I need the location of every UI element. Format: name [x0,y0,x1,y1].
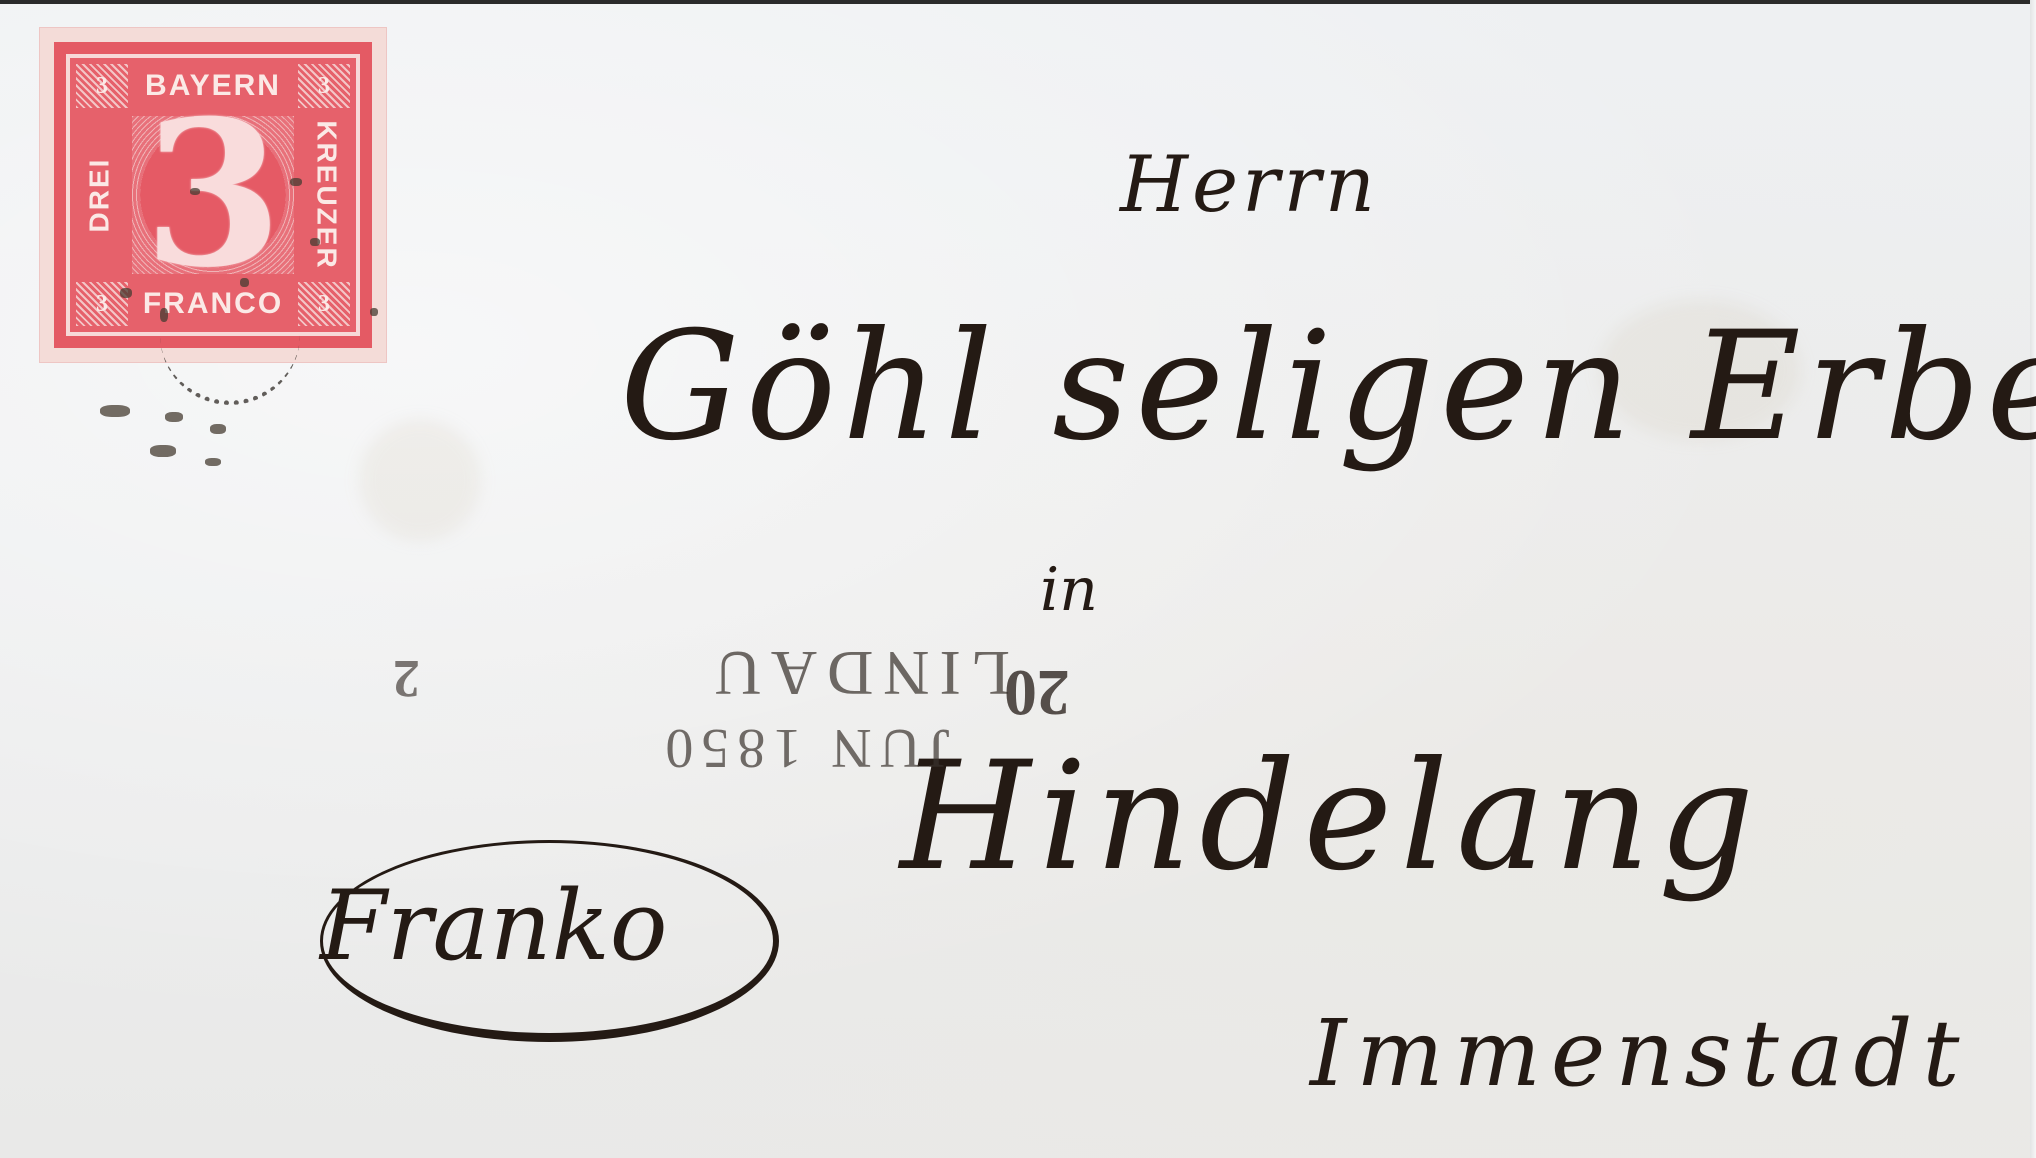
stamp-frame: 3 3 3 3 BAYERN FRANCO DREI KREUZER 3 [54,42,372,348]
postage-stamp: 3 3 3 3 BAYERN FRANCO DREI KREUZER 3 [40,28,386,362]
envelope-right-edge [2030,0,2036,1158]
franko-mark: Franko [280,830,780,1040]
postmark-day: 20 [1004,654,1070,730]
lindau-postmark: JUN 1850 LINDAU 20 2 [350,600,1070,820]
postmark-town: LINDAU [705,636,1010,710]
franko-text: Franko [320,870,668,982]
cancel-mark [370,308,378,316]
postmark-numeral: 2 [393,648,420,710]
stamp-numeral-disc: 3 [140,122,286,268]
stamp-value-word-text: DREI [83,158,115,233]
cancel-mark [210,424,226,434]
stamp-currency: KREUZER [304,118,350,272]
cancel-mark [160,308,168,322]
cancel-mark [310,238,320,246]
cancel-mark [120,288,132,298]
cancel-mark [205,458,221,466]
stamp-corner-numeral: 3 [298,282,350,326]
stamp-corner-numeral: 3 [298,64,350,108]
cancel-mark [165,412,183,422]
stamp-value-word: DREI [76,118,122,272]
cancel-mark [290,178,302,186]
envelope: 3 3 3 3 BAYERN FRANCO DREI KREUZER 3 [0,0,2036,1158]
cancel-mark [100,405,130,417]
scan-top-edge [0,0,2036,4]
cancel-mark [150,445,176,457]
stamp-inner: 3 3 3 3 BAYERN FRANCO DREI KREUZER 3 [66,54,360,336]
postmark-date: JUN 1850 [657,716,950,780]
stamp-corner-numeral: 3 [76,64,128,108]
stamp-currency-text: KREUZER [311,120,343,269]
stamp-numeral: 3 [143,95,282,295]
addressee-text: Göhl seligen Erben [620,300,2036,474]
cancel-mark [240,278,249,287]
cancel-mark [190,188,200,195]
paper-stain [360,420,480,540]
stamp-center-field: 3 [132,116,294,274]
destination-district: Immenstadt [1310,1000,1969,1107]
salutation-text: Herrn [1120,140,1379,230]
cancellation-arc [160,330,300,405]
